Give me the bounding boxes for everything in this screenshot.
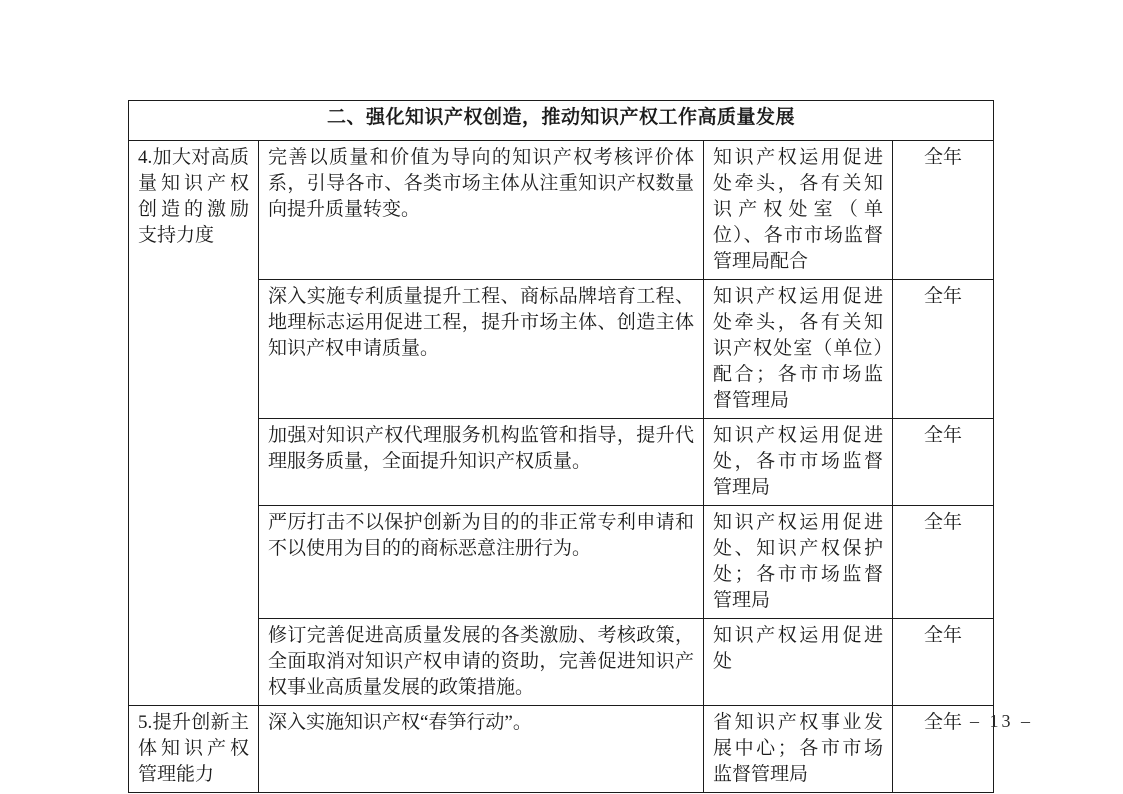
task-cell: 加强对知识产权代理服务机构监管和指导，提升代理服务质量，全面提升知识产权质量。	[259, 419, 704, 506]
responsible-unit-cell: 知识产权运用促进处、知识产权保护处；各市市场监督管理局	[704, 506, 893, 619]
responsible-unit-cell: 知识产权运用促进处牵头，各有关知识产权处室（单位）配合；各市市场监督管理局	[704, 280, 893, 419]
time-cell: 全年	[893, 419, 994, 506]
responsible-unit-cell: 省知识产权事业发展中心；各市市场监督管理局	[704, 706, 893, 793]
task-cell: 严厉打击不以保护创新为目的的非正常专利申请和不以使用为目的的商标恶意注册行为。	[259, 506, 704, 619]
category-cell-5: 5.提升创新主体知识产权管理能力	[129, 706, 259, 793]
category-cell-4: 4.加大对高质量知识产权创造的激励支持力度	[129, 141, 259, 706]
page-number: – 13 –	[970, 711, 1033, 732]
table-row: 5.提升创新主体知识产权管理能力 深入实施知识产权“春笋行动”。 省知识产权事业…	[129, 706, 994, 793]
task-cell: 完善以质量和价值为导向的知识产权考核评价体系，引导各市、各类市场主体从注重知识产…	[259, 141, 704, 280]
responsible-unit-cell: 知识产权运用促进处，各市市场监督管理局	[704, 419, 893, 506]
table-row: 深入实施专利质量提升工程、商标品牌培育工程、地理标志运用促进工程，提升市场主体、…	[129, 280, 994, 419]
table-row: 严厉打击不以保护创新为目的的非正常专利申请和不以使用为目的的商标恶意注册行为。 …	[129, 506, 994, 619]
responsible-unit-cell: 知识产权运用促进处牵头，各有关知识产权处室（单位）、各市市场监督管理局配合	[704, 141, 893, 280]
ip-work-plan-table: 二、强化知识产权创造，推动知识产权工作高质量发展 4.加大对高质量知识产权创造的…	[128, 100, 994, 793]
time-cell: 全年	[893, 280, 994, 419]
task-cell: 修订完善促进高质量发展的各类激励、考核政策，全面取消对知识产权申请的资助，完善促…	[259, 619, 704, 706]
section-header-row: 二、强化知识产权创造，推动知识产权工作高质量发展	[129, 101, 994, 141]
time-cell: 全年	[893, 619, 994, 706]
time-cell: 全年	[893, 141, 994, 280]
section-header: 二、强化知识产权创造，推动知识产权工作高质量发展	[129, 101, 994, 141]
task-cell: 深入实施专利质量提升工程、商标品牌培育工程、地理标志运用促进工程，提升市场主体、…	[259, 280, 704, 419]
time-cell: 全年	[893, 506, 994, 619]
responsible-unit-cell: 知识产权运用促进处	[704, 619, 893, 706]
table-row: 加强对知识产权代理服务机构监管和指导，提升代理服务质量，全面提升知识产权质量。 …	[129, 419, 994, 506]
task-cell: 深入实施知识产权“春笋行动”。	[259, 706, 704, 793]
table-row: 4.加大对高质量知识产权创造的激励支持力度 完善以质量和价值为导向的知识产权考核…	[129, 141, 994, 280]
table-row: 修订完善促进高质量发展的各类激励、考核政策，全面取消对知识产权申请的资助，完善促…	[129, 619, 994, 706]
